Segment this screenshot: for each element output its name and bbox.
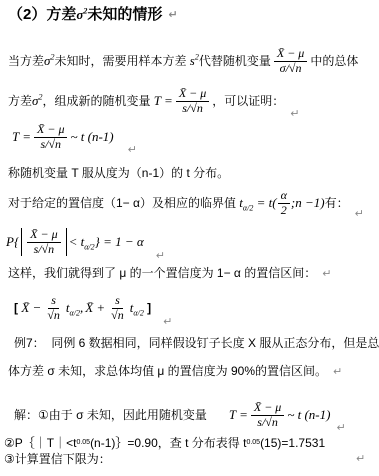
paragraph-mark-icon: ↵ bbox=[356, 452, 365, 465]
equals-one-minus-alpha: } = 1 − α bbox=[95, 234, 144, 250]
xbar-minus: X̄ − bbox=[21, 300, 41, 316]
paragraph-mark-icon: ↵ bbox=[333, 365, 342, 378]
fraction-denominator: s/√n bbox=[254, 416, 281, 430]
formula-t-distribution: T =X̄ − μs/√n~ t (n-1)↵ bbox=[12, 118, 137, 156]
sigma-symbol: σ2 bbox=[76, 7, 87, 23]
fraction-denominator: s/√n bbox=[31, 243, 58, 257]
solution-step2: ②P｛｜T｜<t0.05(n-1)｝=0.90，查 t 分布表得 t0.05(1… bbox=[4, 436, 325, 450]
fraction-numerator: α bbox=[278, 189, 290, 204]
paragraph-variance-unknown-line1: 当方差σ2未知时，需要用样本方差 s2代替随机变量X̄ − μσ/√n中的总体 bbox=[8, 42, 358, 80]
fraction-numerator: X̄ − μ bbox=[27, 228, 60, 243]
section-title: （2）方差σ2未知的情形↵ bbox=[8, 6, 178, 24]
paragraph-mark-icon: ↵ bbox=[322, 267, 331, 280]
absolute-value-bars: X̄ − μs/√n bbox=[21, 228, 66, 257]
s-squared: s2 bbox=[190, 53, 199, 69]
body-text: 当方差 bbox=[8, 54, 44, 68]
fraction-denominator: √n bbox=[108, 309, 127, 323]
comma-glyph: , bbox=[80, 300, 83, 315]
t-equals: T = bbox=[12, 129, 31, 145]
body-text: 中的总体 bbox=[310, 54, 358, 68]
title-text-post: 未知的情形 bbox=[87, 6, 162, 24]
fraction-numerator: s bbox=[48, 294, 59, 309]
distribution-text: ~ t (n-1) bbox=[287, 407, 330, 423]
paragraph-mark-icon: ↵ bbox=[168, 8, 177, 21]
formula-confidence-interval: [ X̄ −s√ntα/2,X̄ +s√ntα/2 ]↵ bbox=[14, 288, 172, 328]
solution-step3: ③计算置信下限为： bbox=[4, 452, 111, 466]
paragraph-mark-icon: ↵ bbox=[290, 107, 299, 120]
n-minus-1-close: ;n −1) bbox=[291, 195, 325, 211]
t-subscript: α/2 bbox=[133, 309, 143, 318]
fraction-numerator: s bbox=[112, 294, 123, 309]
paragraph-mark-icon: ↵ bbox=[128, 143, 137, 156]
sigma-squared: σ2 bbox=[44, 53, 54, 69]
body-text: 代替随机变量 bbox=[199, 54, 271, 68]
body-text: 未知时，需要用样本方差 bbox=[54, 54, 189, 68]
paragraph-mark-icon: ↵ bbox=[355, 207, 364, 220]
paragraph-critical-value: 对于给定的置信度（1− α）及相应的临界值 tα/2 = t(α2;n −1)有… bbox=[8, 186, 364, 220]
fraction-xbar-mu-over-s-sqrtn: X̄ − μs/√n bbox=[176, 87, 209, 116]
body-text: 解：①由于 σ 未知，因此用随机变量 bbox=[14, 408, 207, 422]
xbar-plus: X̄ + bbox=[85, 300, 105, 316]
body-text: (15)=1.7531 bbox=[260, 436, 325, 450]
fraction-denominator: √n bbox=[44, 309, 63, 323]
body-text: 例7： 同例 6 数据相同，同样假设钉子长度 X 服从正态分布，但是总 bbox=[14, 336, 379, 350]
fraction-numerator: X̄ − μ bbox=[176, 87, 209, 102]
t-critical: tα/2 bbox=[130, 300, 144, 316]
body-text: 体方差 σ 未知，求总体均值 μ 的置信度为 90%的置信区间。 bbox=[8, 364, 327, 378]
distribution-text: ~ t (n-1) bbox=[70, 129, 113, 145]
t-subscript: α/2 bbox=[84, 243, 94, 252]
t-equals: T = bbox=[154, 93, 173, 109]
t-critical: tα/2, bbox=[66, 300, 83, 316]
fraction-alpha-over-2: α2 bbox=[278, 189, 290, 218]
sigma-squared: σ2 bbox=[32, 93, 42, 109]
paragraph-mark-icon: ↵ bbox=[336, 421, 345, 434]
body-text: 这样，我们就得到了 μ 的一个置信度为 1− α 的置信区间： bbox=[8, 266, 316, 280]
fraction-numerator: X̄ − μ bbox=[34, 123, 67, 138]
relation-glyph: < t bbox=[69, 234, 85, 249]
fraction-denominator: s/√n bbox=[37, 138, 64, 152]
formula-probability: P{X̄ − μs/√n< tα/2} = 1 − α↵ bbox=[6, 222, 165, 262]
fraction-xbar-mu-over-s-sqrtn: X̄ − μs/√n bbox=[251, 401, 284, 430]
less-than-t: < tα/2 bbox=[69, 234, 95, 250]
solution-step1: 解：①由于 σ 未知，因此用随机变量T =X̄ − μs/√n~ t (n-1)… bbox=[14, 396, 346, 434]
fraction-denominator: σ/√n bbox=[277, 62, 305, 76]
title-text-pre: （2）方差 bbox=[8, 6, 76, 24]
paragraph-mark-icon: ↵ bbox=[163, 315, 172, 328]
trailing-paragraph-mark: ↵ bbox=[356, 452, 365, 465]
bracket-close: ] bbox=[144, 301, 151, 315]
fraction-xbar-mu-over-sigma-sqrtn: X̄ − μσ/√n bbox=[274, 47, 307, 76]
paragraph-confidence-interval-intro: 这样，我们就得到了 μ 的一个置信度为 1− α 的置信区间：↵ bbox=[8, 266, 331, 280]
fraction-s-over-sqrtn: s√n bbox=[44, 294, 63, 323]
example7-line2: 体方差 σ 未知，求总体均值 μ 的置信度为 90%的置信区间。↵ bbox=[8, 364, 342, 378]
t-critical: tα/2 bbox=[239, 195, 253, 211]
body-text: 称随机变量 T 服从度为（n-1）的 t 分布。 bbox=[8, 166, 229, 180]
equals-t-open: = t( bbox=[253, 195, 276, 211]
body-text: ③计算置信下限为： bbox=[4, 452, 111, 466]
body-text: 方差 bbox=[8, 94, 32, 108]
fraction-numerator: X̄ − μ bbox=[274, 47, 307, 62]
example7-line1: 例7： 同例 6 数据相同，同样假设钉子长度 X 服从正态分布，但是总 bbox=[14, 336, 379, 350]
body-text: ，组成新的随机变量 bbox=[42, 94, 153, 108]
t-subscript: α/2 bbox=[243, 204, 253, 213]
fraction-s-over-sqrtn: s√n bbox=[108, 294, 127, 323]
body-text: (n-1)｝=0.90，查 t 分布表得 t bbox=[90, 436, 246, 450]
paragraph-t-distribution-def: 称随机变量 T 服从度为（n-1）的 t 分布。 bbox=[8, 166, 229, 180]
fraction-denominator: s/√n bbox=[179, 102, 206, 116]
body-text: 对于给定的置信度（1− α）及相应的临界值 bbox=[8, 196, 239, 210]
fraction-xbar-mu-over-s-sqrtn: X̄ − μs/√n bbox=[34, 123, 67, 152]
paragraph-variance-unknown-line2: 方差σ2，组成新的随机变量 T =X̄ − μs/√n，可以证明：↵ bbox=[8, 82, 300, 120]
fraction-xbar-mu-over-s-sqrtn: X̄ − μs/√n bbox=[27, 228, 60, 257]
fraction-denominator: 2 bbox=[278, 204, 290, 218]
fraction-numerator: X̄ − μ bbox=[251, 401, 284, 416]
document-page: （2）方差σ2未知的情形↵ 当方差σ2未知时，需要用样本方差 s2代替随机变量X… bbox=[0, 0, 379, 476]
t-equals: T = bbox=[229, 407, 248, 423]
body-text: 有： bbox=[325, 196, 349, 210]
p-open-brace: P{ bbox=[6, 234, 19, 250]
body-text: ，可以证明： bbox=[212, 94, 284, 108]
t-subscript: α/2 bbox=[70, 309, 80, 318]
body-text: ②P｛｜T｜<t bbox=[4, 436, 76, 450]
paragraph-mark-icon: ↵ bbox=[156, 249, 165, 262]
